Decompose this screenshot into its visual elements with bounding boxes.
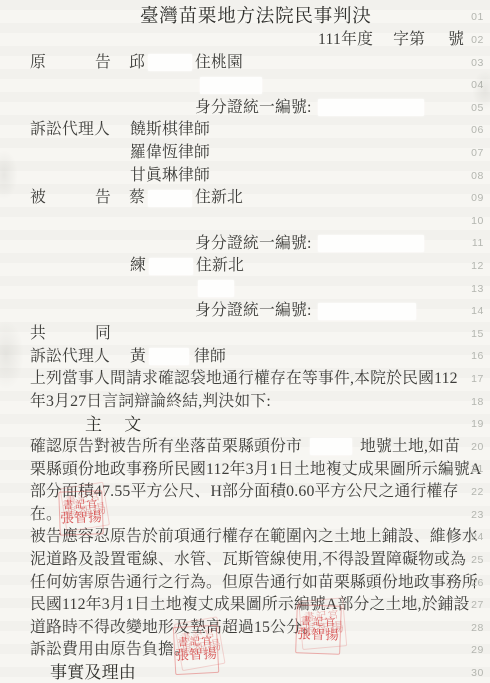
line-number: 25 — [471, 549, 484, 572]
doc-line-content: 栗縣頭份地政事務所民國112年3月1日土地複丈成果圖所示編號A — [0, 458, 464, 481]
line-number: 09 — [471, 187, 484, 210]
redaction-box — [310, 438, 352, 455]
line-number: 23 — [471, 503, 484, 526]
line-number: 14 — [471, 300, 484, 323]
doc-line: 10 — [0, 209, 490, 232]
doc-line: 13 — [0, 277, 490, 300]
doc-line-content: 練住新北 — [0, 255, 464, 278]
spacer — [46, 62, 95, 63]
doc-line: 被告蔡住新北09 — [0, 187, 490, 210]
text-run: 身分證統一編號: — [195, 100, 312, 116]
spacer — [312, 311, 318, 312]
doc-line-content — [0, 209, 464, 232]
text-run: 年3月27日言詞辯論終結,判決如下: — [30, 394, 271, 410]
doc-line-content: 甘眞琳律師 — [0, 164, 464, 187]
spacer — [373, 39, 393, 40]
line-number: 27 — [471, 594, 484, 617]
text-run: 告 — [95, 190, 111, 206]
doc-line-content: 訴訟代理人黃律師 — [0, 345, 464, 368]
clerk-stamp-impression: 書記官張智揚 — [295, 604, 342, 655]
doc-line: 年3月27日言詞辯論終結,判決如下:18 — [0, 390, 490, 413]
text-run: 身分證統一編號: — [195, 236, 312, 252]
doc-line: 臺灣苗栗地方法院民事判決01 — [0, 6, 490, 29]
doc-line-content: 臺灣苗栗地方法院民事判決 — [0, 6, 464, 29]
text-run: 住桃園 — [195, 55, 243, 71]
line-number: 15 — [471, 323, 484, 346]
text-run: 被 — [30, 190, 46, 206]
text-run: 主 — [85, 416, 102, 433]
line-number: 30 — [471, 662, 484, 683]
text-run: 確認原告對被告所有坐落苗栗縣頭份市 — [30, 439, 302, 455]
doc-line-content: 身分證統一編號: — [0, 232, 464, 255]
line-number: 29 — [471, 639, 484, 662]
doc-line: 泥道路及設置電線、水管、瓦斯管線使用,不得設置障礙物或為25 — [0, 549, 490, 572]
doc-line-content: 事實及理由 — [0, 662, 464, 683]
doc-line: 甘眞琳律師08 — [0, 164, 490, 187]
text-run: 泥道路及設置電線、水管、瓦斯管線使用,不得設置障礙物或為 — [30, 552, 466, 568]
text-run: 邱 — [129, 55, 145, 71]
text-run: 訴訟代理人 — [30, 122, 110, 138]
doc-line-content: 原告邱住桃園 — [0, 51, 464, 74]
line-number: 04 — [471, 74, 484, 97]
doc-line: 確認原告對被告所有坐落苗栗縣頭份市地號土地,如苗20 — [0, 436, 490, 459]
doc-line: 道路時不得改變地形及墊高超過15公分。28 — [0, 616, 490, 639]
line-number: 10 — [471, 209, 484, 232]
spacer — [111, 198, 129, 199]
doc-line: 04 — [0, 74, 490, 97]
text-run: 字第 — [393, 32, 425, 48]
document-lines: 臺灣苗栗地方法院民事判決01111年度字第號02原告邱住桃園0304身分證統一編… — [0, 6, 490, 683]
spacer — [302, 446, 310, 447]
doc-line: 原告邱住桃園03 — [0, 51, 490, 74]
text-run: 律師 — [194, 349, 226, 365]
redaction-box — [148, 54, 192, 71]
text-run: 在。 — [30, 507, 62, 523]
spacer — [110, 130, 130, 131]
doc-line-content: 被告蔡住新北 — [0, 187, 464, 210]
doc-line: 事實及理由30 — [0, 662, 490, 683]
line-number: 12 — [471, 255, 484, 278]
stamp-name-text: 張智揚 — [297, 627, 339, 643]
doc-line: 身分證統一編號:11 — [0, 232, 490, 255]
text-run: 民國112年3月1日土地複丈成果圖所示編號A部分之土地,於鋪設 — [30, 597, 470, 613]
text-run: 上列當事人間請求確認袋地通行權存在等事件,本院於民國112 — [30, 371, 458, 387]
clerk-stamp: 書記官張智揚書記官張智揚 — [58, 490, 101, 533]
text-run: 身分證統一編號: — [195, 303, 312, 319]
doc-line-content: 泥道路及設置電線、水管、瓦斯管線使用,不得設置障礙物或為 — [0, 549, 464, 572]
clerk-stamp-impression: 書記官張智揚 — [58, 490, 104, 536]
text-run: 栗縣頭份地政事務所民國112年3月1日土地複丈成果圖所示編號A — [30, 462, 481, 478]
line-number: 07 — [471, 142, 484, 165]
text-run: 訴訟代理人 — [30, 349, 110, 365]
text-run: 號 — [448, 32, 464, 48]
spacer — [46, 333, 95, 334]
doc-line: 共同15 — [0, 323, 490, 346]
stamp-name-text: 張智揚 — [175, 647, 218, 663]
doc-line-content: 羅偉恆律師 — [0, 142, 464, 165]
line-number: 16 — [471, 345, 484, 368]
line-number: 26 — [471, 571, 484, 594]
text-run: 羅偉恆律師 — [130, 145, 210, 161]
spacer — [352, 446, 360, 447]
doc-line: 上列當事人間請求確認袋地通行權存在等事件,本院於民國11217 — [0, 368, 490, 391]
line-number: 05 — [471, 96, 484, 119]
text-run: 111年度 — [318, 32, 373, 48]
line-number: 28 — [471, 616, 484, 639]
redaction-box — [200, 77, 262, 94]
text-run: 住新北 — [195, 190, 243, 206]
doc-line-content: 身分證統一編號: — [0, 96, 464, 119]
doc-line: 身分證統一編號:14 — [0, 300, 490, 323]
stamp-name-text: 張智揚 — [60, 511, 102, 527]
line-number: 11 — [472, 232, 484, 255]
spacer — [312, 243, 318, 244]
line-number: 13 — [471, 277, 484, 300]
doc-line-content: 訴訟費用由原告負擔。 — [0, 639, 464, 662]
line-number: 21 — [471, 458, 484, 481]
text-run: 文 — [124, 416, 141, 433]
text-run: 饒斯棋律師 — [130, 122, 210, 138]
line-number: 02 — [471, 29, 484, 52]
doc-line: 民國112年3月1日土地複丈成果圖所示編號A部分之土地,於鋪設27 — [0, 594, 490, 617]
redaction-box — [148, 190, 192, 207]
doc-line: 身分證統一編號:05 — [0, 96, 490, 119]
text-run: 事實及理由 — [50, 664, 136, 681]
spacer — [102, 424, 124, 425]
doc-line-content: 道路時不得改變地形及墊高超過15公分。 — [0, 616, 464, 639]
text-run: 任何妨害原告通行之行為。但原告通行如苗栗縣頭份地政事務所 — [30, 575, 478, 591]
doc-line-content: 任何妨害原告通行之行為。但原告通行如苗栗縣頭份地政事務所 — [0, 571, 464, 594]
line-number: 18 — [471, 390, 484, 413]
spacer — [110, 356, 130, 357]
line-number: 20 — [471, 436, 484, 459]
doc-line: 任何妨害原告通行之行為。但原告通行如苗栗縣頭份地政事務所26 — [0, 571, 490, 594]
line-number: 01 — [471, 6, 484, 29]
doc-line-content: 身分證統一編號: — [0, 300, 464, 323]
redaction-box — [149, 258, 193, 275]
redaction-box — [149, 348, 189, 365]
redaction-box — [318, 99, 424, 116]
doc-line-content: 111年度字第號 — [0, 29, 464, 52]
clerk-stamp-impression: 書記官張智揚 — [173, 625, 219, 675]
line-number: 08 — [471, 164, 484, 187]
doc-line: 羅偉恆律師07 — [0, 142, 490, 165]
line-number: 22 — [471, 481, 484, 504]
redaction-box — [318, 235, 424, 252]
doc-line: 練住新北12 — [0, 255, 490, 278]
spacer — [46, 198, 95, 199]
text-run: 地號土地,如苗 — [360, 439, 460, 455]
text-run: 臺灣苗栗地方法院民事判決 — [140, 8, 372, 27]
clerk-stamp: 書記官張智揚書記官張智揚 — [173, 625, 217, 673]
text-run: 訴訟費用由原告負擔。 — [30, 642, 190, 658]
doc-line: 栗縣頭份地政事務所民國112年3月1日土地複丈成果圖所示編號A21 — [0, 458, 490, 481]
doc-line-content: 主文 — [0, 413, 464, 436]
text-run: 甘眞琳律師 — [130, 168, 210, 184]
redaction-box — [318, 303, 416, 320]
text-run: 原 — [30, 55, 46, 71]
spacer — [425, 39, 448, 40]
doc-line-content: 年3月27日言詞辯論終結,判決如下: — [0, 390, 464, 413]
redaction-box — [198, 280, 234, 297]
doc-line: 主文19 — [0, 413, 490, 436]
clerk-stamp: 書記官張智揚書記官張智揚 — [295, 604, 340, 652]
doc-line-content: 確認原告對被告所有坐落苗栗縣頭份市地號土地,如苗 — [0, 436, 464, 459]
text-run: 共 — [30, 326, 46, 342]
doc-line: 訴訟代理人黃律師16 — [0, 345, 490, 368]
doc-line: 訴訟代理人饒斯棋律師06 — [0, 119, 490, 142]
doc-line-content: 訴訟代理人饒斯棋律師 — [0, 119, 464, 142]
doc-line: 訴訟費用由原告負擔。29 — [0, 639, 490, 662]
line-number: 17 — [471, 368, 484, 391]
doc-line-content: 民國112年3月1日土地複丈成果圖所示編號A部分之土地,於鋪設 — [0, 594, 464, 617]
text-run: 同 — [95, 326, 111, 342]
doc-line-content — [0, 74, 464, 97]
text-run: 住新北 — [196, 258, 244, 274]
line-number: 19 — [471, 413, 484, 436]
spacer — [111, 62, 129, 63]
text-run: 練 — [130, 258, 146, 274]
spacer — [312, 107, 318, 108]
doc-line-content: 共同 — [0, 323, 464, 346]
line-number: 06 — [471, 119, 484, 142]
text-run: 蔡 — [129, 190, 145, 206]
doc-line: 111年度字第號02 — [0, 29, 490, 52]
text-run: 黃 — [130, 349, 146, 365]
text-run: 告 — [95, 55, 111, 71]
judgment-document-page: 臺灣苗栗地方法院民事判決01111年度字第號02原告邱住桃園0304身分證統一編… — [0, 0, 490, 683]
doc-line-content: 上列當事人間請求確認袋地通行權存在等事件,本院於民國112 — [0, 368, 464, 391]
line-number: 03 — [471, 51, 484, 74]
line-number: 24 — [471, 526, 484, 549]
doc-line-content — [0, 277, 464, 300]
